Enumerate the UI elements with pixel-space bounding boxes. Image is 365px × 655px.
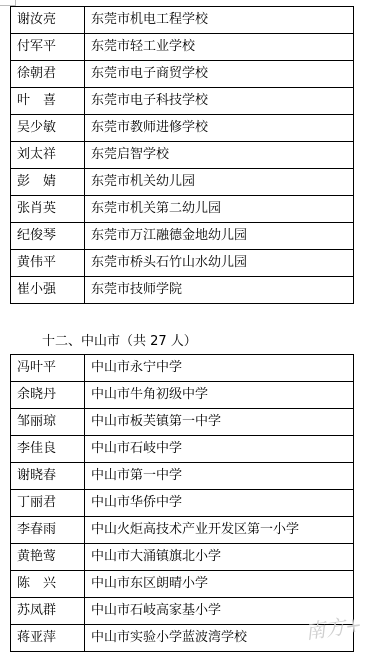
school-cell: 东莞市机关第二幼儿园 (85, 196, 354, 223)
table-row: 叶 喜东莞市电子科技学校 (11, 88, 354, 115)
table-row: 纪俊琴东莞市万江融德金地幼儿园 (11, 223, 354, 250)
name-cell: 徐朝君 (11, 61, 85, 88)
dongguan-list-table: 谢汝亮东莞市机电工程学校 付军平东莞市轻工业学校 徐朝君东莞市电子商贸学校 叶 … (10, 6, 354, 304)
name-cell: 苏凤群 (11, 598, 85, 625)
section-heading: 十二、中山市（共 27 人） (42, 334, 197, 350)
table-row: 李佳良中山市石岐中学 (11, 436, 354, 463)
table-row: 陈 兴中山市东区朗晴小学 (11, 571, 354, 598)
table-row: 苏凤群中山市石岐高家基小学 (11, 598, 354, 625)
name-cell: 彭 婧 (11, 169, 85, 196)
school-cell: 中山市板芙镇第一中学 (85, 409, 354, 436)
table-row: 崔小强东莞市技师学院 (11, 277, 354, 304)
name-cell: 叶 喜 (11, 88, 85, 115)
name-cell: 陈 兴 (11, 571, 85, 598)
school-cell: 东莞市技师学院 (85, 277, 354, 304)
school-cell: 东莞市电子科技学校 (85, 88, 354, 115)
table-row: 李春雨中山火炬高技术产业开发区第一小学 (11, 517, 354, 544)
name-cell: 蒋亚萍 (11, 625, 85, 652)
table-row: 冯叶平中山市永宁中学 (11, 355, 354, 382)
school-cell: 中山市东区朗晴小学 (85, 571, 354, 598)
school-cell: 中山市牛角初级中学 (85, 382, 354, 409)
school-cell: 东莞市电子商贸学校 (85, 61, 354, 88)
school-cell: 东莞市万江融德金地幼儿园 (85, 223, 354, 250)
school-cell: 中山火炬高技术产业开发区第一小学 (85, 517, 354, 544)
table-row: 彭 婧东莞市机关幼儿园 (11, 169, 354, 196)
school-cell: 东莞市桥头石竹山水幼儿园 (85, 250, 354, 277)
name-cell: 丁丽君 (11, 490, 85, 517)
table-row: 吴少敏东莞市教师进修学校 (11, 115, 354, 142)
name-cell: 吴少敏 (11, 115, 85, 142)
table-row: 张肖英东莞市机关第二幼儿园 (11, 196, 354, 223)
table-row: 刘太祥东莞启智学校 (11, 142, 354, 169)
school-cell: 东莞市机电工程学校 (85, 7, 354, 34)
name-cell: 黄艳莺 (11, 544, 85, 571)
school-cell: 东莞市轻工业学校 (85, 34, 354, 61)
table-row: 黄艳莺中山市大涌镇旗北小学 (11, 544, 354, 571)
school-cell: 中山市第一中学 (85, 463, 354, 490)
table-row: 余晓丹中山市牛角初级中学 (11, 382, 354, 409)
zhongshan-list-table: 冯叶平中山市永宁中学 余晓丹中山市牛角初级中学 邹丽琼中山市板芙镇第一中学 李佳… (10, 354, 354, 652)
school-cell: 中山市永宁中学 (85, 355, 354, 382)
name-cell: 谢汝亮 (11, 7, 85, 34)
table-row: 蒋亚萍中山市实验小学蓝波湾学校 (11, 625, 354, 652)
name-cell: 崔小强 (11, 277, 85, 304)
table-row: 黄伟平东莞市桥头石竹山水幼儿园 (11, 250, 354, 277)
school-cell: 中山市石岐中学 (85, 436, 354, 463)
name-cell: 谢晓春 (11, 463, 85, 490)
school-cell: 东莞市机关幼儿园 (85, 169, 354, 196)
name-cell: 付军平 (11, 34, 85, 61)
school-cell: 中山市华侨中学 (85, 490, 354, 517)
table-row: 谢汝亮东莞市机电工程学校 (11, 7, 354, 34)
name-cell: 李佳良 (11, 436, 85, 463)
school-cell: 中山市大涌镇旗北小学 (85, 544, 354, 571)
name-cell: 李春雨 (11, 517, 85, 544)
table-row: 丁丽君中山市华侨中学 (11, 490, 354, 517)
table-row: 徐朝君东莞市电子商贸学校 (11, 61, 354, 88)
table-row: 付军平东莞市轻工业学校 (11, 34, 354, 61)
table-row: 邹丽琼中山市板芙镇第一中学 (11, 409, 354, 436)
name-cell: 黄伟平 (11, 250, 85, 277)
table-row: 谢晓春中山市第一中学 (11, 463, 354, 490)
name-cell: 张肖英 (11, 196, 85, 223)
name-cell: 余晓丹 (11, 382, 85, 409)
name-cell: 纪俊琴 (11, 223, 85, 250)
name-cell: 冯叶平 (11, 355, 85, 382)
name-cell: 刘太祥 (11, 142, 85, 169)
school-cell: 东莞市教师进修学校 (85, 115, 354, 142)
name-cell: 邹丽琼 (11, 409, 85, 436)
school-cell: 东莞启智学校 (85, 142, 354, 169)
